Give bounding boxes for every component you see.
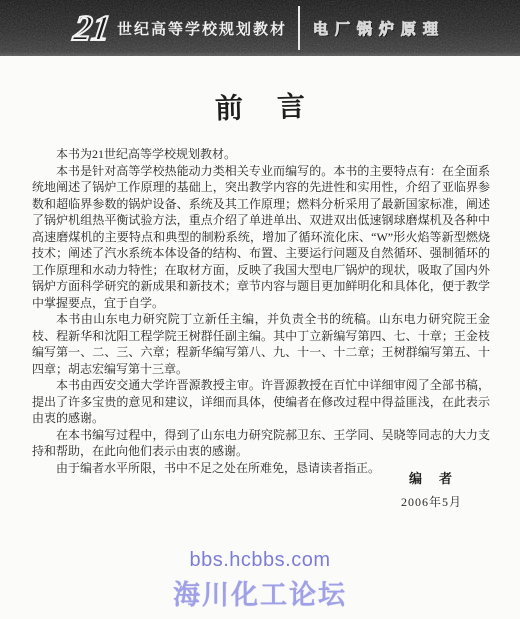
paragraph-5: 在本书编写过程中，得到了山东电力研究院郝卫东、王学同、吴晓等同志的大力支持和帮助… <box>32 427 490 460</box>
paragraph-2: 本书是针对高等学校热能动力类相关专业而编写的。本书的主要特点有：在全面系统地阐述… <box>32 163 490 312</box>
preface-title: 前言 <box>0 79 520 133</box>
series-title-text: 世纪高等学校规划教材 <box>117 18 287 39</box>
watermark-url-text: bbs.hcbbs.com <box>0 549 520 572</box>
preface-body: 本书为21世纪高等学校规划教材。 本书是针对高等学校热能动力类相关专业而编写的。… <box>32 146 490 476</box>
signature-block: 编 者 2006年5月 <box>401 468 462 510</box>
series-number-21: 21 <box>71 10 112 46</box>
author-signature: 编 者 <box>401 468 462 487</box>
scanned-book-page: 21 世纪高等学校规划教材 电厂锅炉原理 前言 本书为21世纪高等学校规划教材。… <box>0 0 520 619</box>
watermark-site-name: 海川化工论坛 <box>0 573 520 612</box>
paragraph-3: 本书由山东电力研究院丁立新任主编，并负责全书的统稿。山东电力研究院王金枝、程新华… <box>32 311 490 377</box>
paragraph-4: 本书由西安交通大学许晋源教授主审。许晋源教授在百忙中详细审阅了全部书稿，提出了许… <box>32 377 490 427</box>
signature-date: 2006年5月 <box>401 493 462 510</box>
forum-watermark: bbs.hcbbs.com 海川化工论坛 <box>0 549 520 612</box>
book-title-text: 电厂锅炉原理 <box>313 18 445 39</box>
series-banner: 21 世纪高等学校规划教材 电厂锅炉原理 <box>0 0 520 56</box>
paragraph-1: 本书为21世纪高等学校规划教材。 <box>32 146 490 163</box>
banner-divider <box>298 6 300 50</box>
